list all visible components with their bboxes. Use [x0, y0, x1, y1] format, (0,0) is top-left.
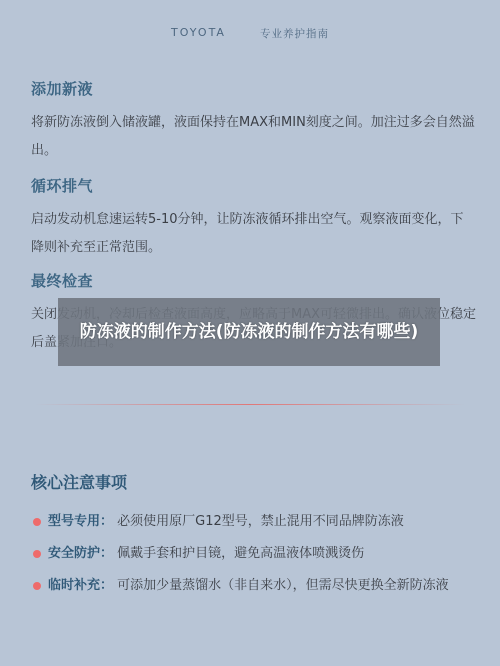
note-text: 佩戴手套和护目镜，避免高温液体喷溅烫伤 — [117, 546, 364, 561]
section-title: 循环排气 — [31, 175, 476, 196]
note-text: 必须使用原厂G12型号，禁止混用不同品牌防冻液 — [117, 514, 404, 529]
note-key: 临时补充 — [48, 578, 100, 593]
section-body: 启动发动机怠速运转5-10分钟，让防冻液循环排出空气。观察液面变化，下降则补充至… — [31, 206, 476, 262]
list-item: 型号专用： 必须使用原厂G12型号，禁止混用不同品牌防冻液 — [32, 508, 472, 535]
section-title: 添加新液 — [31, 78, 476, 99]
note-separator: ： — [100, 578, 113, 593]
notes-title: 核心注意事项 — [31, 470, 127, 493]
list-item: 安全防护： 佩戴手套和护目镜，避免高温液体喷溅烫伤 — [32, 540, 472, 567]
note-separator: ： — [100, 546, 113, 561]
note-key: 安全防护 — [48, 546, 100, 561]
bullet-dot-icon — [33, 550, 41, 558]
note-text: 可添加少量蒸馏水（非自来水），但需尽快更换全新防冻液 — [117, 578, 449, 593]
title-overlay-banner: 防冻液的制作方法(防冻液的制作方法有哪些) — [58, 298, 440, 366]
section-circulate-bleed: 循环排气 启动发动机怠速运转5-10分钟，让防冻液循环排出空气。观察液面变化，下… — [31, 175, 476, 262]
note-separator: ： — [100, 514, 113, 529]
guide-subtitle: 专业养护指南 — [260, 26, 329, 41]
section-body: 将新防冻液倒入储液罐，液面保持在MAX和MIN刻度之间。加注过多会自然溢出。 — [31, 109, 476, 165]
section-title: 最终检查 — [31, 270, 476, 291]
notes-list: 型号专用： 必须使用原厂G12型号，禁止混用不同品牌防冻液 安全防护： 佩戴手套… — [32, 508, 472, 604]
divider-line — [35, 404, 465, 405]
page-header: TOYOTA 专业养护指南 — [0, 26, 500, 41]
section-add-fluid: 添加新液 将新防冻液倒入储液罐，液面保持在MAX和MIN刻度之间。加注过多会自然… — [31, 78, 476, 165]
overlay-title: 防冻液的制作方法(防冻液的制作方法有哪些) — [70, 319, 429, 345]
brand-label: TOYOTA — [171, 26, 226, 41]
list-item: 临时补充： 可添加少量蒸馏水（非自来水），但需尽快更换全新防冻液 — [32, 572, 472, 599]
bullet-dot-icon — [33, 518, 41, 526]
note-key: 型号专用 — [48, 514, 100, 529]
bullet-dot-icon — [33, 582, 41, 590]
